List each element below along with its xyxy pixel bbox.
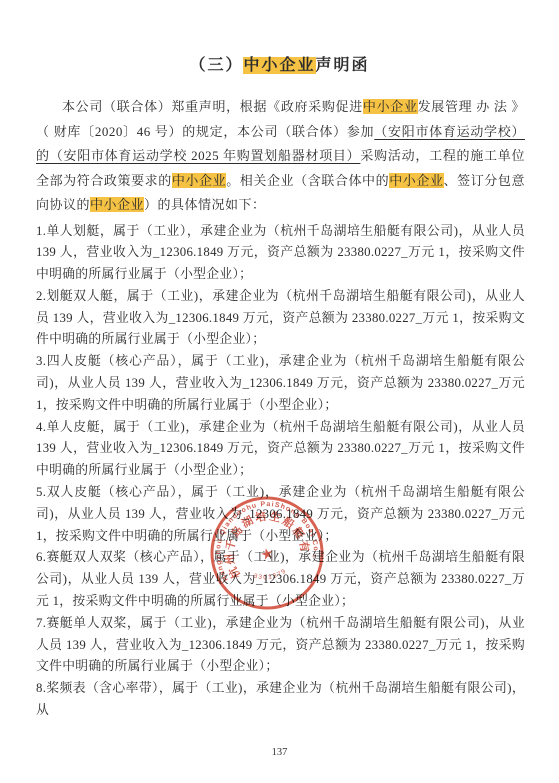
document-body: 本公司（联合体）郑重声明，根据《政府采购促进中小企业发展管理 办 法 》（ 财库… (36, 95, 525, 722)
section-title: （三）中小企业声明函 (0, 52, 559, 75)
text-run: ）的具体情况如下： (144, 197, 266, 212)
declaration-item-6: 6.赛艇双人双桨（核心产品），属于（工业)，承建企业为（杭州千岛湖培生船艇有限公… (36, 547, 525, 612)
text-run: 本公司（联合体）郑重声明，根据《政府采购促进 (62, 99, 363, 114)
text-run: 声明函 (316, 57, 370, 74)
highlighted-text: 中小企业 (243, 57, 315, 74)
highlighted-text: 中小企业 (389, 173, 443, 188)
declaration-item-3: 3.四人皮艇（核心产品），属于（工业)，承建企业为（杭州千岛湖培生船艇有限公司)… (36, 351, 525, 416)
text-run: 。相关企业（含联合体中的 (226, 173, 389, 188)
declaration-item-7: 7.赛艇单人双桨，属于（工业)，承建企业为（杭州千岛湖培生船艇有限公司)，从业人… (36, 613, 525, 678)
text-run: （三） (189, 57, 243, 74)
document-page: （三）中小企业声明函 本公司（联合体）郑重声明，根据《政府采购促进中小企业发展管… (0, 0, 559, 783)
highlighted-text: 中小企业 (363, 99, 418, 114)
declaration-item-5: 5.双人皮艇（核心产品），属于（工业)，承建企业为（杭州千岛湖培生船艇有限公司)… (36, 482, 525, 547)
declaration-item-8: 8.桨频表（含心率带），属于（工业)，承建企业为（杭州千岛湖培生船艇有限公司)，… (36, 678, 525, 722)
declaration-item-4: 4.单人皮艇，属于（工业)，承建企业为（杭州千岛湖培生船艇有限公司)，从业人员 … (36, 417, 525, 482)
highlighted-text: 中小企业 (172, 173, 226, 188)
page-number: 137 (0, 747, 559, 758)
declaration-item-1: 1.单人划艇，属于（工业），承建企业为（杭州千岛湖培生船艇有限公司)，从业人员 … (36, 221, 525, 286)
declaration-item-2: 2.划艇双人艇，属于（工业)，承建企业为（杭州千岛湖培生船艇有限公司)，从业人员… (36, 286, 525, 351)
intro-paragraph: 本公司（联合体）郑重声明，根据《政府采购促进中小企业发展管理 办 法 》（ 财库… (36, 95, 525, 218)
highlighted-text: 中小企业 (90, 197, 144, 212)
